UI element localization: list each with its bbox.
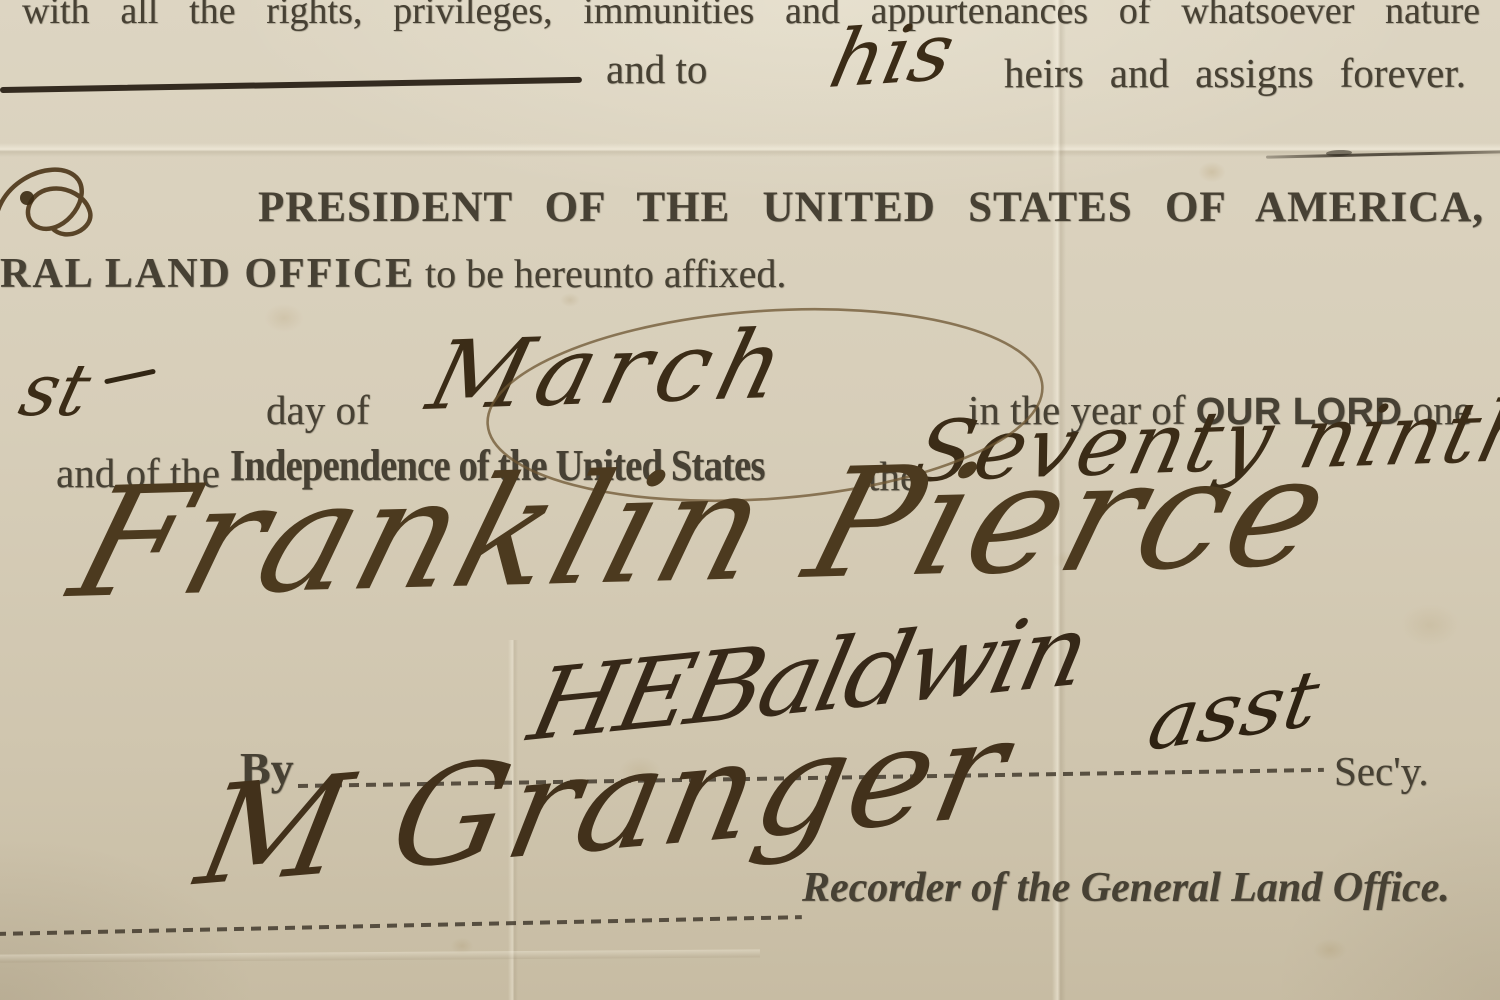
printed-secy-label: Sec'y. [1334, 747, 1429, 795]
printed-day-of: day of [266, 386, 370, 434]
printed-line-rights: with all the rights, privileges, immunit… [22, 0, 1480, 33]
printed-heirs-assigns: heirs and assigns forever. [1004, 49, 1466, 97]
printed-and-to: and to [606, 45, 707, 93]
printed-land-office-line: RAL LAND OFFICE to be hereunto affixed. [0, 250, 786, 298]
handwritten-flourish-ce [0, 155, 144, 255]
signature-franklin-pierce: Franklin Pierce [55, 423, 1350, 632]
printed-president-title: PRESIDENT OF THE UNITED STATES OF AMERIC… [258, 183, 1484, 232]
handwritten-ordinal-dash [104, 369, 156, 385]
printed-recorder-title: Recorder of the General Land Office. [802, 864, 1450, 912]
handwritten-asst: asst [1142, 652, 1325, 769]
bottom-fold-crease [0, 949, 760, 962]
printed-land-office-caps: RAL LAND OFFICE [0, 251, 415, 297]
printed-hereunto-affixed: to be hereunto affixed. [425, 251, 786, 296]
ink-blot [20, 191, 34, 205]
handwritten-day-ordinal: st [12, 348, 99, 432]
recorder-dotted-line [0, 915, 802, 936]
filled-blank-rule [0, 77, 582, 93]
document-photo-background: with all the rights, privileges, immunit… [0, 0, 1500, 1000]
handwritten-his: his [822, 5, 962, 106]
